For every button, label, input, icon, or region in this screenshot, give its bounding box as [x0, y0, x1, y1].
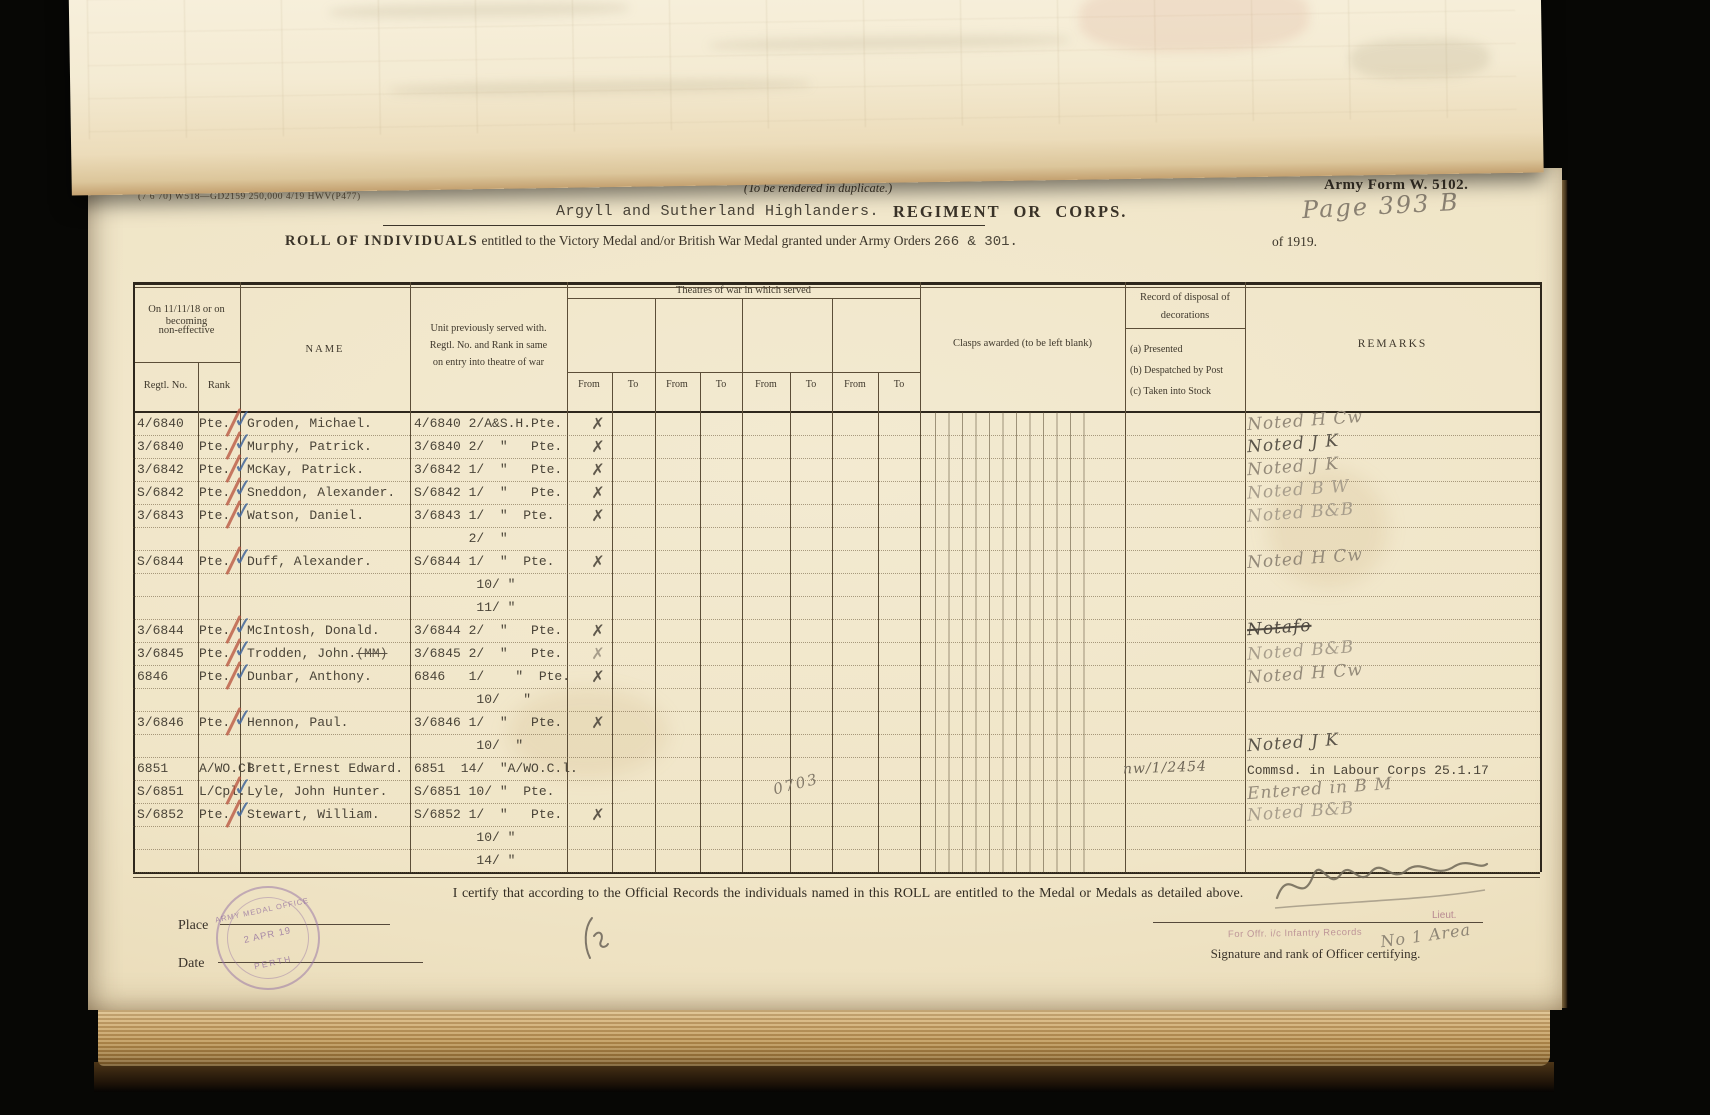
col1-group-label-2: non-effective: [133, 325, 240, 337]
table-row: 10/ ": [133, 573, 1540, 597]
book-shadow: [94, 1062, 1554, 1092]
signature-line: [1153, 922, 1483, 923]
pencil-bracket-mark: [580, 916, 610, 968]
unit-header-1: Unit previously served with.: [410, 323, 567, 334]
table-row: 10/ ": [133, 826, 1540, 850]
rank-cell: Pte.: [199, 412, 230, 435]
to-header: To: [613, 379, 653, 390]
rank-cell: Pte.: [199, 458, 230, 481]
to-header: To: [879, 379, 919, 390]
table-row: S/6852Pte.✓Stewart, William.S/6852 1/ " …: [133, 803, 1540, 827]
regtl-no-cell: 3/6844: [137, 619, 184, 642]
disposal-item-b: (b) Despatched by Post: [1130, 365, 1242, 376]
clasps-header: Clasps awarded (to be left blank): [920, 338, 1125, 350]
regtl-no-cell: 3/6843: [137, 504, 184, 527]
unit-header-2: Regtl. No. and Rank in same: [410, 340, 567, 351]
theatre-x-icon: ✗: [580, 435, 616, 458]
from-header: From: [835, 379, 875, 390]
name-cell: McKay, Patrick.: [247, 458, 364, 481]
name-cell: Hennon, Paul.: [247, 711, 348, 734]
of-year: of 1919.: [1272, 234, 1317, 250]
unit-cell: 10/ ": [414, 826, 515, 849]
table-body: 4/6840Pte.✓Groden, Michael.4/6840 2/A&S.…: [133, 412, 1540, 872]
previous-page: [68, 0, 1543, 196]
unit-cell: S/6842 1/ " Pte.: [414, 481, 562, 504]
unit-cell: 2/ ": [414, 527, 508, 550]
to-header: To: [701, 379, 741, 390]
army-medal-office-stamp: ARMY MEDAL OFFICE 2 APR 19 PERTH: [206, 876, 329, 999]
disposal-header-1: Record of disposal of: [1125, 292, 1245, 304]
ledger-page: (7 6 70) W518—GD2159 250,000 4/19 HWV(P4…: [88, 168, 1562, 1010]
stamp-top-text: ARMY MEDAL OFFICE: [212, 895, 312, 925]
rank-cell: Pte.: [199, 619, 230, 642]
name-cell: McIntosh, Donald.: [247, 619, 380, 642]
stamp-date-text: 2 APR 19: [217, 920, 317, 952]
name-cell: Duff, Alexander.: [247, 550, 372, 573]
regtl-no-cell: 6851: [137, 757, 168, 780]
photo-scene: (7 6 70) W518—GD2159 250,000 4/19 HWV(P4…: [0, 0, 1710, 1115]
unit-cell: 3/6843 1/ " Pte.: [414, 504, 554, 527]
name-cell: Murphy, Patrick.: [247, 435, 372, 458]
remarks-header: REMARKS: [1245, 338, 1540, 351]
theatre-x-icon: ✗: [580, 412, 616, 435]
col1-group-label-1: On 11/11/18 or on becoming: [133, 304, 240, 327]
unit-cell: 11/ ": [414, 596, 515, 619]
remark-note: Notafo: [1246, 615, 1312, 642]
regiment-name-typed: Argyll and Sutherland Highlanders.: [556, 203, 879, 220]
book-fore-edge: [98, 1008, 1550, 1066]
unit-cell: S/6851 10/ " Pte.: [414, 780, 554, 803]
theatre-x-icon: ✗: [580, 550, 616, 573]
theatre-x-icon: ✗: [580, 458, 616, 481]
fromto-rule: [567, 372, 920, 373]
regtl-no-cell: 3/6845: [137, 642, 184, 665]
disposal-header-2: decorations: [1125, 310, 1245, 322]
theatre-x-icon: ✗: [580, 803, 616, 826]
lieut-stamp: Lieut.: [1432, 910, 1456, 921]
unit-cell: 6846 1/ " Pte.: [414, 665, 570, 688]
unit-header-3: on entry into theatre of war: [410, 357, 567, 368]
disposal-item-c: (c) Taken into Stock: [1130, 386, 1242, 397]
rank-cell: Pte.: [199, 550, 230, 573]
name-cell: Groden, Michael.: [247, 412, 372, 435]
col1-subrule: [133, 362, 240, 363]
table-row: 10/ ": [133, 688, 1540, 712]
name-cell: Lyle, John Hunter.: [247, 780, 387, 803]
from-header: From: [746, 379, 786, 390]
unit-cell: 3/6840 2/ " Pte.: [414, 435, 562, 458]
disposal-note: nw/1/2454: [1123, 756, 1208, 782]
rank-cell: Pte.: [199, 435, 230, 458]
army-orders: 266 & 301.: [934, 234, 1018, 250]
regtl-no-cell: S/6844: [137, 550, 184, 573]
signature-caption: Signature and rank of Officer certifying…: [1148, 946, 1483, 962]
rank-cell: Pte.: [199, 803, 230, 826]
table-row: S/6844Pte.✓Duff, Alexander.S/6844 1/ " P…: [133, 550, 1540, 574]
stamp-bottom-text: PERTH: [223, 947, 323, 978]
unit-cell: S/6844 1/ " Pte.: [414, 550, 554, 573]
unit-cell: 6851 14/ "A/WO.C.l.: [414, 757, 578, 780]
theatre-x-icon: ✗: [580, 504, 616, 527]
rank-cell: Pte.: [199, 711, 230, 734]
table-row: 10/ "Noted J K: [133, 734, 1540, 758]
regiment-or-corps-label: REGIMENT OR CORPS.: [893, 202, 1127, 222]
rank-cell: Pte.: [199, 665, 230, 688]
regtl-no-cell: S/6851: [137, 780, 184, 803]
name-cell: Stewart, William.: [247, 803, 380, 826]
bleed-smudge: [1350, 37, 1491, 79]
table-row: 11/ ": [133, 596, 1540, 620]
struck-decoration-note: (MM): [356, 646, 387, 661]
unit-cell: 14/ ": [414, 849, 515, 872]
unit-cell: 3/6844 2/ " Pte.: [414, 619, 562, 642]
name-cell: Trodden, John.(MM): [247, 642, 387, 665]
officer-signature-flourish: [1273, 856, 1493, 922]
place-label: Place: [178, 918, 208, 934]
unit-cell: 3/6845 2/ " Pte.: [414, 642, 562, 665]
name-header: NAME: [240, 344, 410, 356]
remark-note: Noted J K: [1246, 729, 1340, 758]
disposal-item-a: (a) Presented: [1130, 344, 1242, 355]
name-cell: Brett,Ernest Edward.: [247, 757, 403, 780]
regtl-no-cell: 4/6840: [137, 412, 184, 435]
from-header: From: [657, 379, 697, 390]
regtl-no-cell: 3/6846: [137, 711, 184, 734]
theatre-x-icon: ✗: [580, 711, 616, 734]
date-label: Date: [178, 956, 204, 972]
rank-cell: Pte.: [199, 481, 230, 504]
disposal-subrule: [1125, 328, 1245, 329]
unit-cell: 3/6842 1/ " Pte.: [414, 458, 562, 481]
rank-cell: Pte.: [199, 504, 230, 527]
theatre-header-rule: [567, 298, 920, 299]
regtl-no-cell: S/6852: [137, 803, 184, 826]
regiment-underline: [383, 225, 985, 226]
table-row: 6846Pte.✓Dunbar, Anthony.6846 1/ " Pte.✗…: [133, 665, 1540, 689]
rank-header: Rank: [198, 380, 240, 392]
to-header: To: [791, 379, 831, 390]
roll-text: entitled to the Victory Medal and/or Bri…: [482, 233, 931, 248]
theatre-x-icon: ✗: [580, 481, 616, 504]
roll-title: ROLL OF INDIVIDUALS: [285, 233, 478, 249]
regtl-no-cell: 6846: [137, 665, 168, 688]
unit-cell: S/6852 1/ " Pte.: [414, 803, 562, 826]
regtl-no-cell: S/6842: [137, 481, 184, 504]
name-cell: Sneddon, Alexander.: [247, 481, 395, 504]
infantry-records-stamp: For Offr. i/c Infantry Records: [1228, 927, 1362, 940]
unit-cell: 10/ ": [414, 573, 515, 596]
unit-cell: 10/ ": [414, 688, 531, 711]
name-cell: Dunbar, Anthony.: [247, 665, 372, 688]
theatre-x-icon: ✗: [580, 642, 616, 665]
theatres-group-header: Theatres of war in which served: [567, 285, 920, 297]
unit-cell: 10/ ": [414, 734, 523, 757]
regtl-no-cell: 3/6842: [137, 458, 184, 481]
unit-cell: 4/6840 2/A&S.H.Pte.: [414, 412, 562, 435]
theatre-x-icon: ✗: [580, 665, 616, 688]
regtl-no-cell: 3/6840: [137, 435, 184, 458]
roll-title-line: ROLL OF INDIVIDUALS entitled to the Vict…: [285, 233, 1018, 250]
certify-statement: I certify that according to the Official…: [318, 886, 1378, 902]
from-header: From: [569, 379, 609, 390]
name-cell: Watson, Daniel.: [247, 504, 364, 527]
rank-cell: Pte.: [199, 642, 230, 665]
regtl-no-header: Regtl. No.: [133, 380, 198, 392]
table-right-rule: [1540, 282, 1542, 872]
unit-cell: 3/6846 1/ " Pte.: [414, 711, 562, 734]
theatre-x-icon: ✗: [580, 619, 616, 642]
table-row: 3/6843Pte.✓Watson, Daniel.3/6843 1/ " Pt…: [133, 504, 1540, 528]
